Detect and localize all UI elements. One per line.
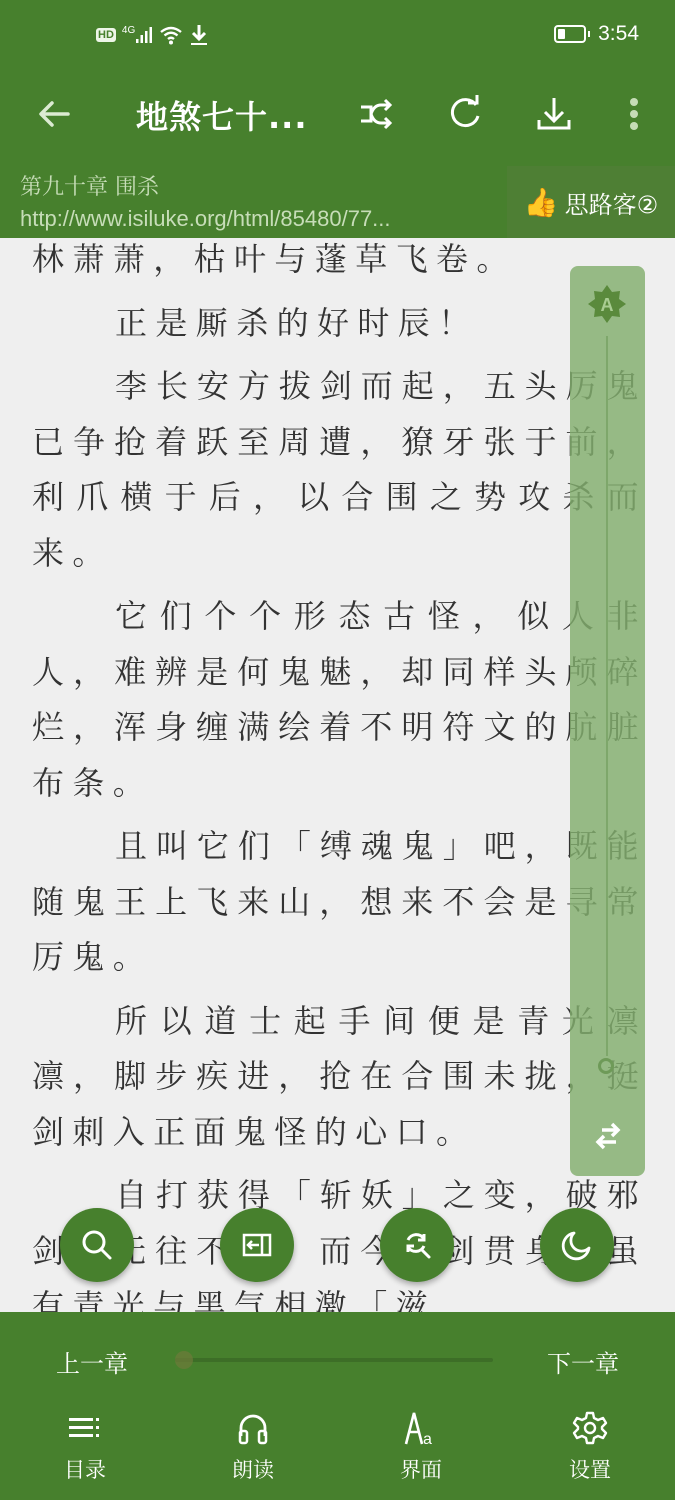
book-source-button[interactable]: 👍 思路客② [507, 166, 675, 238]
nav-read-aloud-label: 朗读 [232, 1454, 274, 1484]
search-icon [78, 1226, 116, 1264]
book-source-label: 思路客② [565, 185, 659, 220]
download-icon [532, 92, 576, 136]
arrow-left-icon [32, 92, 76, 136]
chapter-title: 第九十章 围杀 [20, 170, 159, 201]
signal-icon [135, 26, 153, 44]
paragraph: 正是厮杀的好时辰！ [32, 296, 647, 352]
next-chapter-button[interactable]: 下一章 [547, 1344, 619, 1379]
nav-settings[interactable]: 设置 [535, 1410, 645, 1490]
reader-toolbar: 地煞七十... 第九十章 围杀 http://www.isiluke.org/h… [0, 78, 675, 238]
download-button[interactable] [532, 92, 576, 136]
battery-icon [554, 25, 586, 43]
status-indicators: HD 4G [96, 24, 209, 46]
refresh-icon [443, 92, 487, 136]
gear-icon [572, 1410, 608, 1446]
nav-interface-label: 界面 [400, 1454, 442, 1484]
replace-button[interactable] [380, 1208, 454, 1282]
paragraph: 且叫它们「缚魂鬼」吧，既能随鬼王上飞来山，想来不会是寻常厉鬼。 [32, 819, 647, 986]
chapter-progress-slider[interactable] [175, 1350, 493, 1370]
refresh-button[interactable] [443, 92, 487, 136]
auto-brightness-button[interactable]: A [587, 284, 627, 324]
brightness-slider-thumb[interactable] [598, 1058, 614, 1074]
shuffle-icon [354, 92, 398, 136]
headphones-icon [235, 1410, 271, 1446]
status-right: 3:54 [554, 22, 639, 46]
toc-icon [67, 1410, 103, 1446]
find-replace-icon [398, 1226, 436, 1264]
auto-page-button[interactable] [220, 1208, 294, 1282]
hd-badge: HD [96, 28, 116, 42]
chapter-content[interactable]: 林萧萧，枯叶与蓬草飞卷。 正是厮杀的好时辰！ 李长安方拔剑而起，五头厉鬼已争抢着… [32, 232, 647, 1343]
change-source-button[interactable] [354, 92, 398, 136]
font-size-icon: a [403, 1410, 439, 1446]
paragraph: 林萧萧，枯叶与蓬草飞卷。 [32, 232, 647, 288]
paragraph: 所以道士起手间便是青光凛凛，脚步疾进，抢在合围未拢，挺剑刺入正面鬼怪的心口。 [32, 994, 647, 1161]
more-button[interactable] [612, 92, 656, 136]
book-title: 地煞七十... [136, 92, 307, 138]
swap-horizontal-icon [588, 1116, 628, 1156]
svg-text:a: a [423, 1431, 432, 1446]
night-mode-button[interactable] [540, 1208, 614, 1282]
more-vertical-icon [612, 92, 656, 136]
nav-settings-label: 设置 [569, 1454, 611, 1484]
clock: 3:54 [598, 22, 639, 46]
auto-brightness-icon: A [587, 284, 627, 324]
thumbs-up-icon: 👍 [524, 186, 559, 219]
prev-chapter-button[interactable]: 上一章 [56, 1344, 128, 1379]
moon-icon [558, 1226, 596, 1264]
back-button[interactable] [32, 92, 76, 136]
nav-interface[interactable]: a 界面 [366, 1410, 476, 1490]
nav-read-aloud[interactable]: 朗读 [198, 1410, 308, 1490]
progress-rail [175, 1358, 493, 1362]
swap-side-button[interactable] [588, 1116, 628, 1156]
progress-thumb[interactable] [175, 1351, 193, 1369]
paragraph: 它们个个形态古怪，似人非人，难辨是何鬼魅，却同样头颅碎烂，浑身缠满绘着不明符文的… [32, 589, 647, 811]
paragraph: 李长安方拔剑而起，五头厉鬼已争抢着跃至周遭，獠牙张于前，利爪横于后，以合围之势攻… [32, 359, 647, 581]
search-button[interactable] [60, 1208, 134, 1282]
network-type: 4G [122, 25, 135, 36]
brightness-panel: A [570, 266, 645, 1176]
svg-text:A: A [601, 295, 614, 315]
brightness-slider[interactable] [606, 336, 608, 1056]
exit-page-icon [238, 1226, 276, 1264]
nav-toc-label: 目录 [64, 1454, 106, 1484]
nav-toc[interactable]: 目录 [30, 1410, 140, 1490]
download-status-icon [189, 24, 209, 46]
wifi-icon [159, 25, 183, 45]
chapter-url[interactable]: http://www.isiluke.org/html/85480/77... [20, 206, 391, 232]
status-bar: HD 4G 3:54 [0, 0, 675, 78]
reader-bottom-bar: 上一章 下一章 目录 朗读 a 界面 [0, 1312, 675, 1500]
